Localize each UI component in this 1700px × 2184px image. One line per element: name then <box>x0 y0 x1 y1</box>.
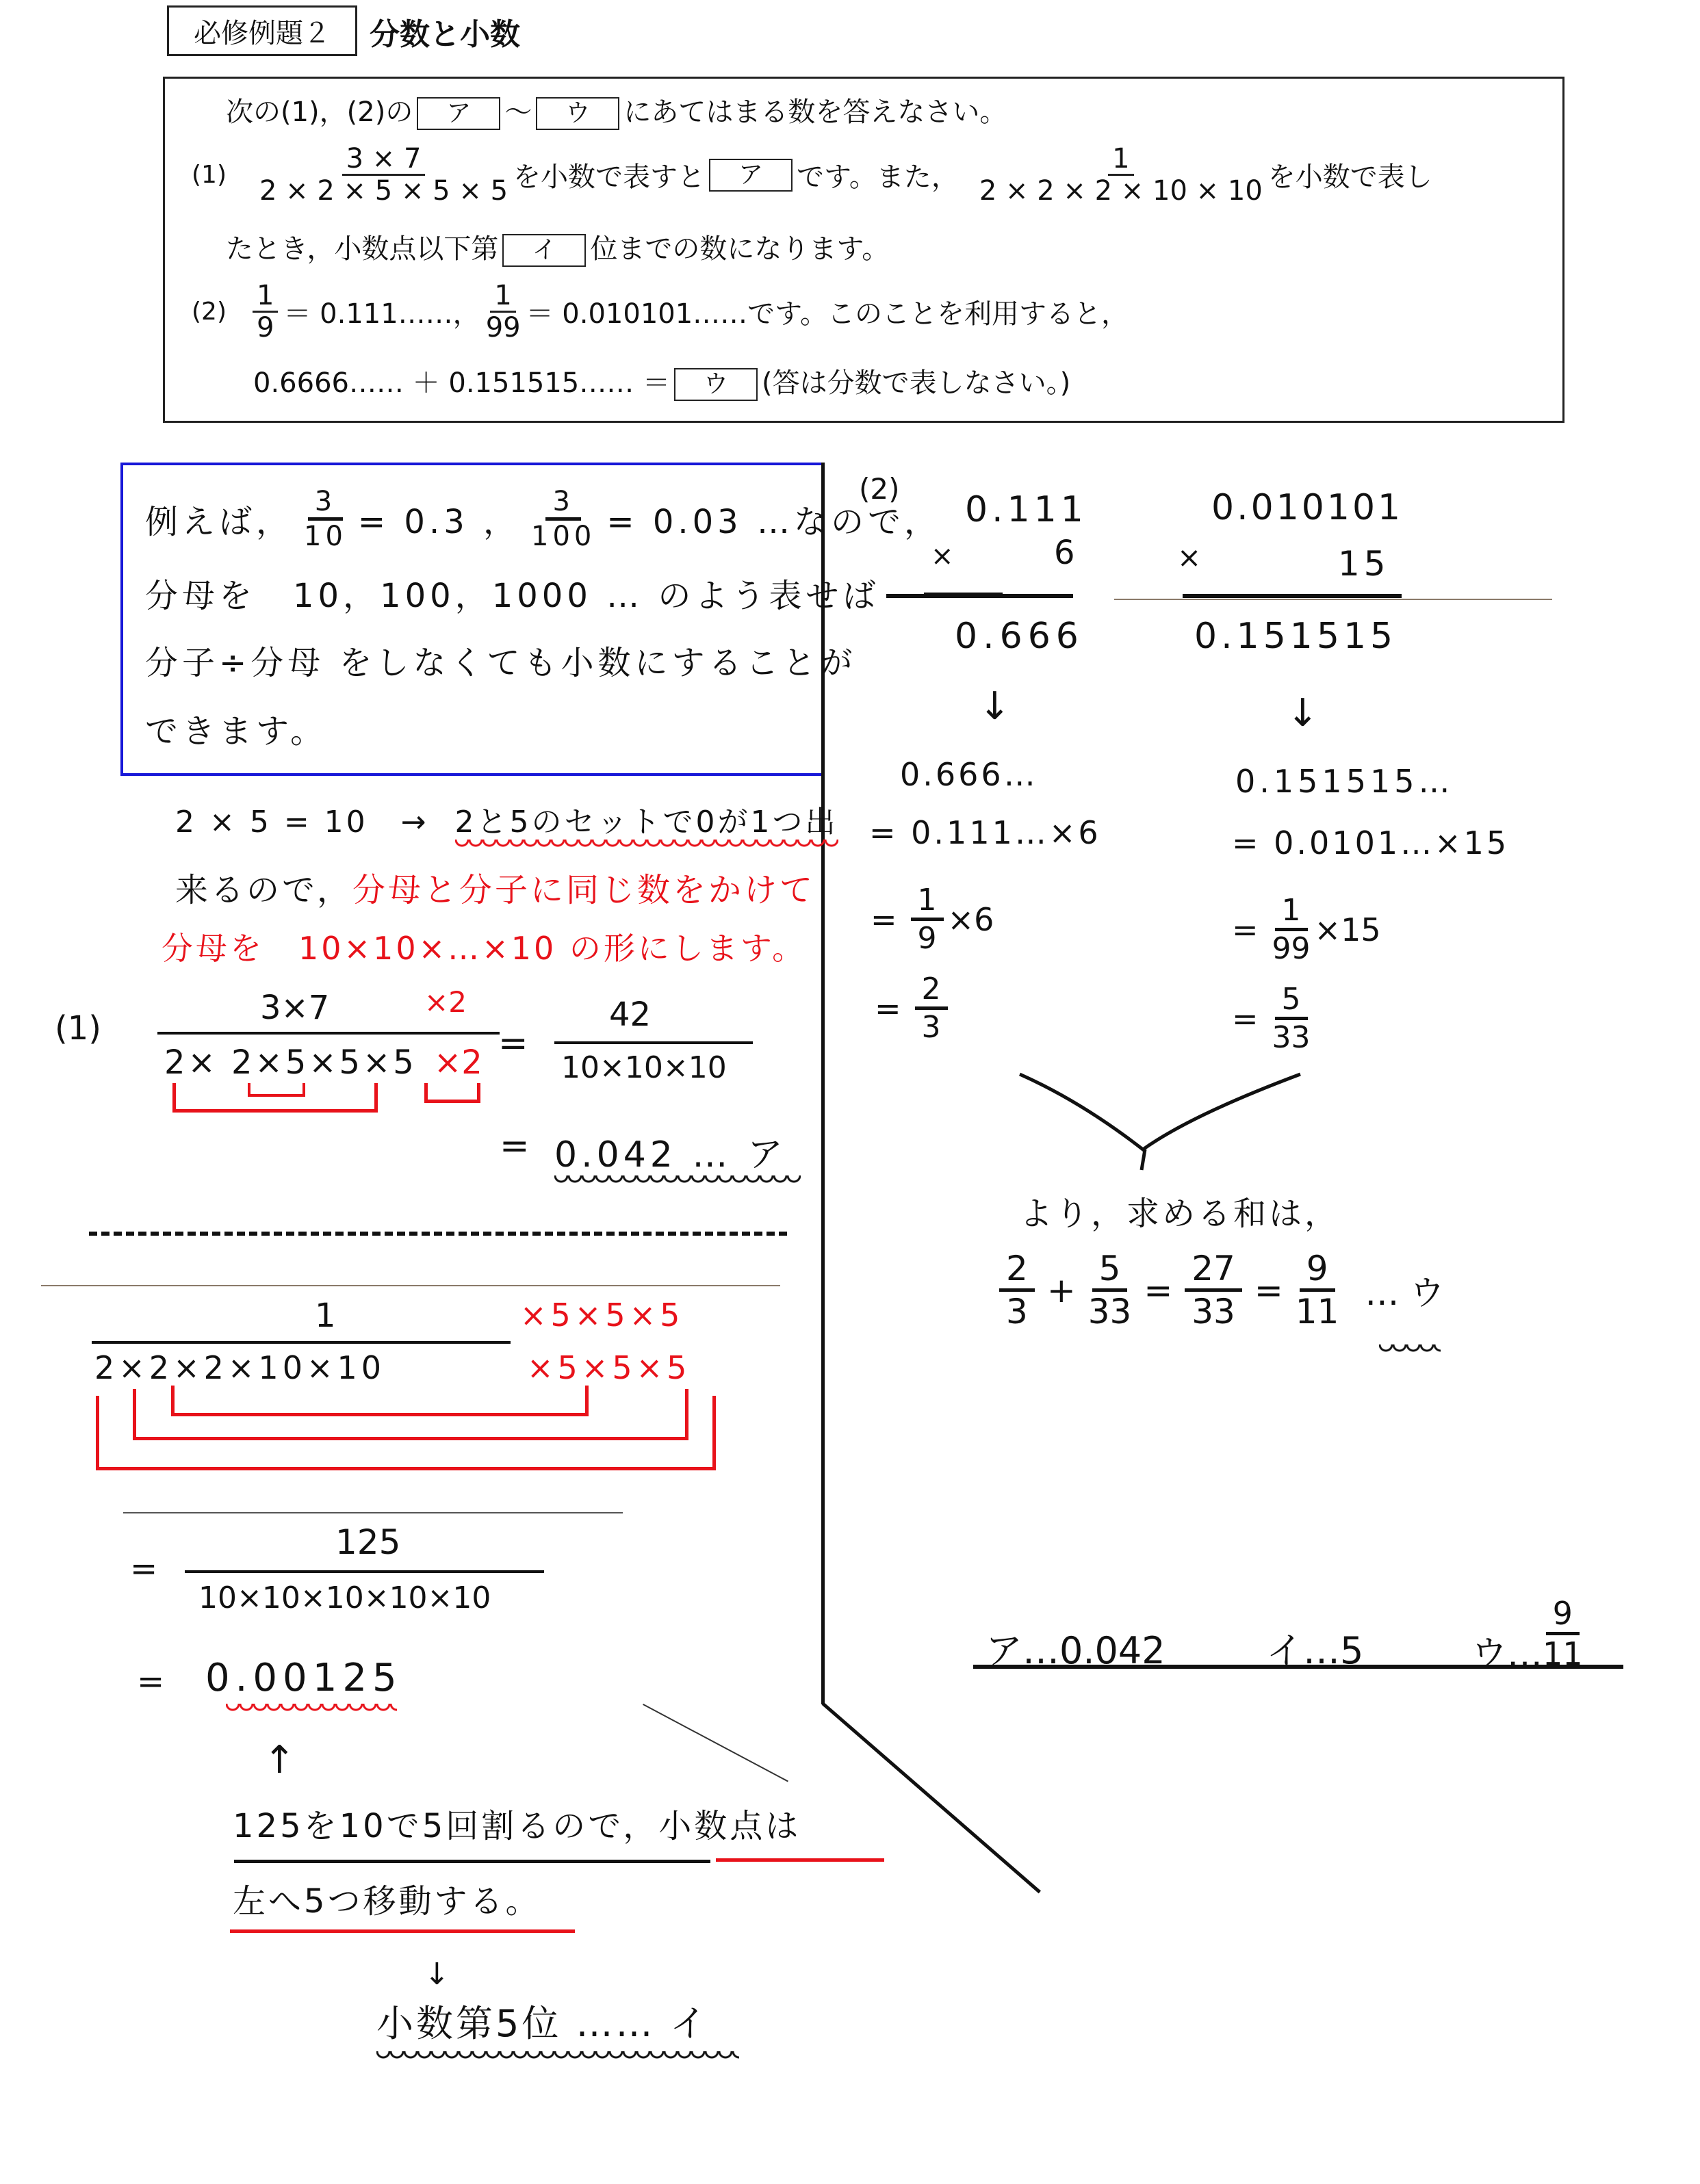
numerator: 5 <box>1275 982 1308 1020</box>
answer-tag: … ウ <box>1365 1266 1444 1315</box>
conclusion-text: より，求める和は， <box>1020 1187 1340 1234</box>
denominator: 33 <box>1272 1020 1311 1055</box>
equals: = <box>498 1023 528 1064</box>
denominator: 99 <box>486 313 521 343</box>
col2-result: 0.151515 <box>1194 616 1397 657</box>
part1-mult-top: ×2 <box>424 985 467 1019</box>
equals: = <box>1254 1271 1283 1310</box>
denominator: 10 <box>304 521 347 552</box>
numerator: 5 <box>1092 1249 1128 1292</box>
note-line-2: 来るので，分母と分子に同じ数をかけて <box>175 863 815 911</box>
equals: = <box>500 1126 530 1167</box>
example-label: 必修例題２ <box>167 5 357 56</box>
answer-value: 0.042 <box>554 1134 677 1175</box>
q2-fraction-2: 199 <box>486 281 521 343</box>
hint-line-2: 分母を 10，100，1000 … のよう表せば <box>145 569 879 616</box>
numerator: 9 <box>1546 1595 1580 1635</box>
blank-u: ウ <box>536 97 619 130</box>
q2-eq1: ＝ 0.111……， <box>283 292 480 331</box>
part1-label: (1) <box>55 1009 101 1048</box>
equals: = <box>1232 1000 1259 1037</box>
col1-multiply-sign: × <box>931 541 954 572</box>
col2-multiply-sign: × <box>1177 541 1201 574</box>
intro-text-post: にあてはまる数を答えなさい。 <box>623 96 1007 128</box>
denominator: 33 <box>1088 1292 1132 1331</box>
col1-top: 0.111 <box>965 489 1087 530</box>
q1-line2-post: 位までの数になります。 <box>590 233 889 265</box>
fraction-27-33: 2733 <box>1185 1249 1242 1331</box>
note-line-3: 分母を 10×10×…×10 の形にします。 <box>162 924 806 969</box>
fraction-2-3: 23 <box>999 1249 1035 1331</box>
fraction-9-11: 911 <box>1296 1249 1339 1331</box>
conclusion-i: 小数第5位 …… イ <box>376 1994 710 2047</box>
underline-black <box>234 1860 710 1863</box>
underline-red <box>716 1858 884 1862</box>
q2-expression: 0.6666…… ＋ 0.151515…… ＝ <box>253 367 670 399</box>
plus: + <box>1047 1271 1076 1310</box>
part2-numerator: 1 <box>315 1297 336 1335</box>
note-line-1: 2 × 5 = 10 → 2と5のセットで0が1つ出 <box>175 797 838 841</box>
col1-result: 0.666 <box>955 616 1084 657</box>
part2-mult-bottom: ×5×5×5 <box>527 1349 691 1386</box>
q2-eq2: ＝ 0.010101……です。このことを利用すると， <box>526 292 1129 331</box>
q2-note: (答は分数で表しなさい。) <box>762 367 1070 399</box>
part2-label: (2) <box>859 472 900 506</box>
q1-text2: です。また， <box>797 155 959 194</box>
part1-numerator: 3×7 <box>260 989 329 1027</box>
hint-fraction-2: 3100 <box>531 486 595 552</box>
col2-factor: 15 <box>1338 544 1390 584</box>
hint-line-3: 分子÷分母 をしなくても小数にすることが <box>145 636 856 684</box>
answer-squiggle <box>554 1175 801 1185</box>
answer-squiggle <box>1379 1344 1441 1354</box>
q1-text1: を小数で表すと <box>513 155 705 194</box>
fraction-bar <box>92 1341 511 1344</box>
col1-step3: = 19 ×6 <box>871 883 994 956</box>
note1-underlined: 2と5のセットで0が1つ出 <box>455 805 838 840</box>
q1-fraction-2: 12 × 2 × 2 × 10 × 10 <box>979 144 1263 206</box>
hint-line-4: できます。 <box>145 705 327 752</box>
part1-denominator: 2× 2×5×5×5 <box>164 1043 417 1082</box>
blank-a: ア <box>417 97 500 130</box>
explanation-line-1: 125を10で5回割るので，小数点は <box>233 1799 801 1847</box>
col2-arrow: ↓ <box>1287 691 1319 736</box>
q1-text3: を小数で表し <box>1268 155 1432 194</box>
hint-eq1: = 0.3 ， <box>358 495 520 543</box>
part2-mult-top: ×5×5×5 <box>520 1297 684 1334</box>
spacer <box>214 1083 214 1084</box>
fraction-1-9: 19 <box>911 883 944 956</box>
paper-edge <box>643 1704 788 1782</box>
equals: = <box>1232 911 1259 948</box>
arrow-down: ↓ <box>424 1957 450 1992</box>
denominator: 2 × 2 × 2 × 10 × 10 <box>979 176 1263 206</box>
col2-step3: = 199 ×15 <box>1232 893 1381 966</box>
equals: = <box>875 990 901 1027</box>
divider-diagonal <box>822 1702 1041 1893</box>
final-sum: 23 + 533 = 2733 = 911 … ウ <box>999 1249 1444 1331</box>
numerator: 9 <box>1300 1249 1335 1292</box>
equals: = <box>1144 1271 1172 1310</box>
paper-edge <box>41 1285 780 1286</box>
fraction-1-99: 199 <box>1272 893 1311 966</box>
question-2-line2: 0.6666…… ＋ 0.151515…… ＝ウ(答は分数で表しなさい。) <box>253 361 1070 401</box>
q1-number: (1) <box>192 161 227 189</box>
answer-underline <box>973 1665 1623 1669</box>
underline-red <box>230 1929 575 1933</box>
q2-number: (2) <box>192 298 227 326</box>
decimal-shift-loops <box>226 1704 397 1716</box>
pair-bracket-x2 <box>424 1083 480 1103</box>
note2-black: 来るので， <box>175 871 352 909</box>
hint-fraction-1: 310 <box>304 486 347 552</box>
fraction-bar <box>554 1041 753 1044</box>
dashed-separator <box>89 1232 787 1236</box>
part2-answer: 0.00125 <box>205 1656 402 1700</box>
numerator: 3 <box>308 486 343 521</box>
fraction-bar <box>185 1570 544 1573</box>
denominator: 11 <box>1296 1292 1339 1331</box>
part2-result-numerator: 125 <box>335 1522 400 1562</box>
part2-result-denominator: 10×10×10×10×10 <box>198 1581 491 1615</box>
part1-answer: 0.042 … ア <box>554 1126 787 1177</box>
fraction-bar <box>157 1032 500 1035</box>
denominator: 9 <box>257 313 274 343</box>
blank-i: イ <box>502 234 586 267</box>
col1-step4: = 23 <box>875 972 948 1045</box>
answer-u: ウ… 911 <box>1471 1591 1583 1676</box>
numerator: 1 <box>1275 893 1308 931</box>
center-divider <box>821 463 825 1704</box>
note2-red: 分母と分子に同じ数をかけて <box>352 871 815 909</box>
blank-a: ア <box>709 159 793 192</box>
note1-black: 2 × 5 = 10 → <box>175 805 429 840</box>
red-squiggle <box>455 840 838 849</box>
q2-fraction-1: 19 <box>253 281 278 343</box>
denominator: 3 <box>1006 1292 1028 1331</box>
denominator: 2 × 2 × 5 × 5 × 5 <box>259 176 508 206</box>
col2-rule <box>1183 594 1402 598</box>
part1-result-denominator: 10×10×10 <box>561 1050 727 1085</box>
explanation-line-2: 左へ5つ移動する。 <box>233 1875 541 1922</box>
numerator: 1 <box>1108 144 1133 176</box>
col2-step2: = 0.0101…×15 <box>1232 824 1509 861</box>
pair-bracket-inner <box>248 1083 305 1097</box>
blank-u: ウ <box>674 368 758 401</box>
fraction-2-3: 23 <box>915 972 948 1045</box>
question-2: (2) 19 ＝ 0.111……， 199 ＝ 0.010101……です。このこ… <box>192 281 1129 343</box>
tilde: ～ <box>504 96 532 128</box>
denominator: 33 <box>1192 1292 1235 1331</box>
hint-text: 例えば， <box>145 495 293 543</box>
page-title: 分数と小数 <box>370 10 520 53</box>
denominator: 100 <box>531 521 595 552</box>
col1-arrow: ↓ <box>979 684 1011 729</box>
col2-step4: = 533 <box>1232 982 1311 1055</box>
equals: = <box>130 1550 157 1588</box>
merge-bracket-icon <box>1013 1061 1341 1177</box>
denominator: 9 <box>918 921 937 956</box>
question-1-line2: たとき，小数点以下第イ位までの数になります。 <box>226 227 889 267</box>
denominator: 3 <box>922 1010 941 1045</box>
numerator: 1 <box>490 281 515 313</box>
part1-result-numerator: 42 <box>609 996 651 1034</box>
question-1: (1) 3 × 72 × 2 × 5 × 5 × 5 を小数で表すと ア です。… <box>192 144 1432 206</box>
numerator: 2 <box>999 1249 1035 1292</box>
numerator: 1 <box>911 883 944 921</box>
fraction-5-33: 533 <box>1272 982 1311 1055</box>
answer-tag: … ア <box>692 1134 787 1175</box>
times-15: ×15 <box>1315 911 1381 948</box>
q1-line2-pre: たとき，小数点以下第 <box>226 233 498 265</box>
paper-edge <box>123 1512 623 1513</box>
numerator: 3 × 7 <box>342 144 426 176</box>
numerator: 27 <box>1185 1249 1242 1292</box>
col2-step1: 0.151515… <box>1235 763 1454 800</box>
col1-factor: 6 <box>1054 534 1075 572</box>
part1-mult-bottom: ×2 <box>434 1043 482 1082</box>
intro-text: 次の(1)，(2)の <box>226 96 413 128</box>
note1-underlined-text: 2と5のセットで0が1つ出 <box>455 805 838 840</box>
part2-denominator: 2×2×2×10×10 <box>94 1349 385 1386</box>
paper-edge <box>1114 599 1552 600</box>
numerator: 2 <box>915 972 948 1010</box>
col1-step1: 0.666… <box>900 756 1038 793</box>
equals: = <box>871 901 897 938</box>
problem-intro: 次の(1)，(2)のア～ウにあてはまる数を答えなさい。 <box>226 90 1007 130</box>
col1-step2: = 0.111…×6 <box>869 814 1101 851</box>
times-6: ×6 <box>948 901 994 938</box>
arrow-up: ↑ <box>263 1738 296 1782</box>
col2-top: 0.010101 <box>1211 487 1403 528</box>
q1-fraction-1: 3 × 72 × 2 × 5 × 5 × 5 <box>259 144 508 206</box>
explanation-underlined: 小数点は <box>658 1807 801 1845</box>
fraction-5-33: 533 <box>1088 1249 1132 1331</box>
numerator: 3 <box>545 486 580 521</box>
pair-bracket-3 <box>96 1396 716 1470</box>
conclusion-squiggle <box>376 2051 739 2061</box>
numerator: 1 <box>253 281 278 313</box>
equals: = <box>137 1663 164 1701</box>
denominator: 99 <box>1272 931 1311 966</box>
col1-rule <box>924 594 1073 598</box>
explanation-black: 125を10で5回割るので， <box>233 1807 658 1845</box>
fraction-9-11: 911 <box>1543 1595 1583 1672</box>
